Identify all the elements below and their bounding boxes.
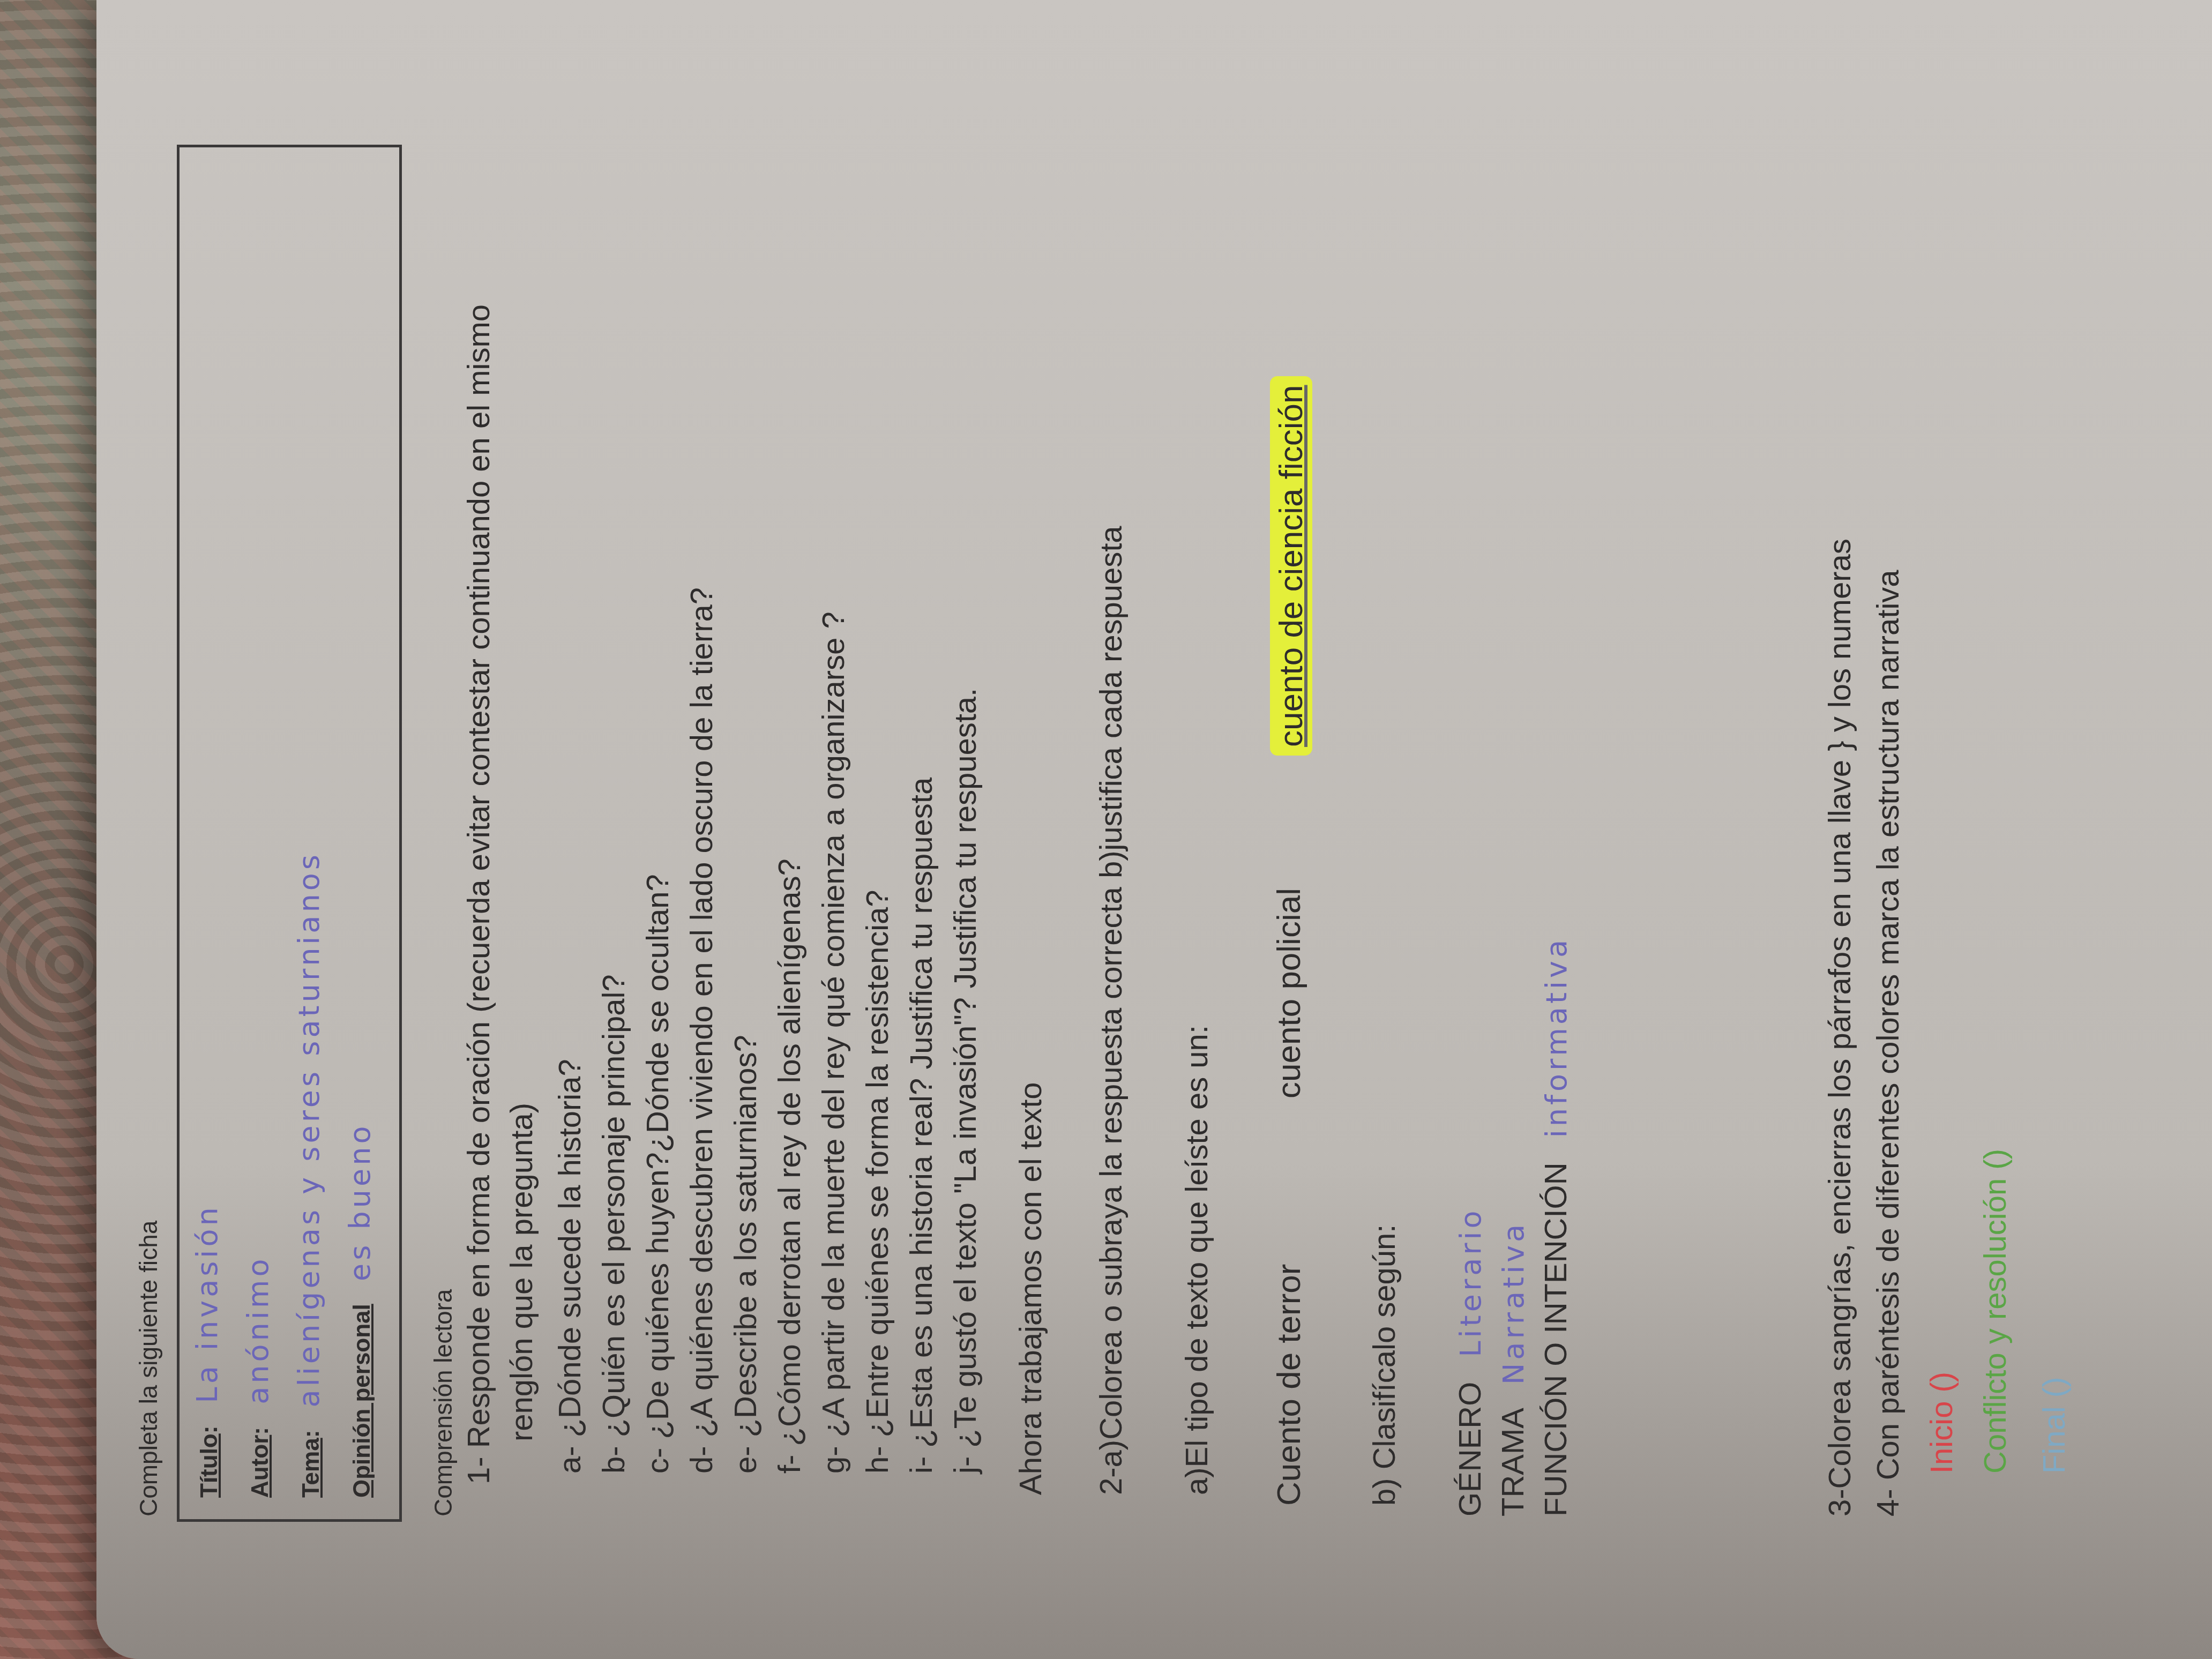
- question-item: b- ¿Quién es el personaje principal?: [596, 974, 632, 1474]
- question-item: a- ¿Dónde sucede la historia?: [552, 1059, 588, 1474]
- ficha-answer[interactable]: alienígenas y seres saturnianos: [292, 851, 326, 1407]
- class-answer[interactable]: Literario: [1454, 1207, 1488, 1357]
- option-policial[interactable]: cuento policial: [1270, 888, 1308, 1098]
- class-label: GÉNERO: [1453, 1382, 1488, 1516]
- question-item: g- ¿A partir de la muerte del rey qué co…: [816, 611, 851, 1474]
- option-ciencia-ficcion-selected[interactable]: cuento de ciencia ficción: [1270, 376, 1312, 756]
- ficha-opinion: Opinión personal es bueno: [343, 1123, 377, 1498]
- class-trama: TRAMA Narrativa: [1495, 1221, 1531, 1516]
- ficha-autor: Autor: anónimo: [241, 1256, 275, 1498]
- question-2: 2-a)Colorea o subraya la respuesta corre…: [1093, 526, 1129, 1495]
- question-item: c- ¿De quiénes huyen?¿Dónde se ocultan?: [640, 874, 676, 1474]
- question-2a: a)El tipo de texto que leíste es un:: [1179, 1025, 1215, 1495]
- structure-final: Final (): [2036, 1377, 2072, 1474]
- question-2b: b) Clasifícalo según:: [1366, 1224, 1402, 1506]
- ficha-tema: Tema: alienígenas y seres saturnianos: [292, 851, 326, 1498]
- class-label: TRAMA: [1496, 1409, 1530, 1516]
- ficha-box: Título: La invasión Autor: anónimo Tema:…: [177, 145, 402, 1522]
- ficha-answer[interactable]: La invasión: [190, 1204, 224, 1403]
- structure-conflicto: Conflicto y resolución (): [1977, 1149, 2013, 1474]
- question-item: i- ¿Esta es una historia real? Justifica…: [903, 778, 939, 1474]
- question-item: j- ¿Te gustó el texto "La invasión"? Jus…: [947, 688, 983, 1474]
- class-answer[interactable]: Narrativa: [1497, 1221, 1530, 1385]
- instruction-1-cont: renglón que la pregunta): [504, 1103, 540, 1441]
- structure-inicio: Inicio (): [1924, 1372, 1960, 1474]
- ficha-titulo: Título: La invasión: [190, 1204, 224, 1498]
- class-answer[interactable]: informativa: [1540, 937, 1573, 1138]
- class-funcion: FUNCIÓN O INTENCIÓN informativa: [1538, 937, 1574, 1516]
- option-terror[interactable]: Cuento de terror: [1270, 1264, 1308, 1506]
- ficha-label: Tema: [298, 1438, 324, 1498]
- question-3: 3-Colorea sangrías, encierras los párraf…: [1822, 539, 1858, 1516]
- trabajo-intro: Ahora trabajamos con el texto: [1013, 1082, 1049, 1495]
- class-label: FUNCIÓN O INTENCIÓN: [1538, 1162, 1573, 1516]
- ficha-label: Autor: [247, 1435, 273, 1498]
- question-4: 4- Con paréntesis de diferentes colores …: [1870, 570, 1906, 1516]
- ficha-heading: Completa la siguiente ficha: [134, 1221, 163, 1516]
- ficha-label: Opinión personal: [349, 1304, 375, 1498]
- instruction-1: 1- Responde en forma de oración (recuerd…: [461, 304, 497, 1484]
- comprension-heading: Comprensión lectora: [429, 1289, 458, 1516]
- class-genero: GÉNERO Literario: [1452, 1207, 1488, 1516]
- worksheet-page: 2 Completa la siguiente ficha Título: La…: [129, 27, 2111, 1581]
- question-item: f- ¿Cómo derrotan al rey de los alieníge…: [772, 858, 808, 1474]
- ficha-answer[interactable]: anónimo: [241, 1256, 275, 1404]
- ficha-answer[interactable]: es bueno: [343, 1123, 377, 1281]
- ficha-label: Título: [196, 1433, 222, 1498]
- question-item: d- ¿A quiénes descubren viviendo en el l…: [684, 587, 720, 1474]
- question-item: e- ¿Describe a los saturnianos?: [728, 1035, 764, 1474]
- question-item: h- ¿Entre quiénes se forma la resistenci…: [860, 890, 895, 1474]
